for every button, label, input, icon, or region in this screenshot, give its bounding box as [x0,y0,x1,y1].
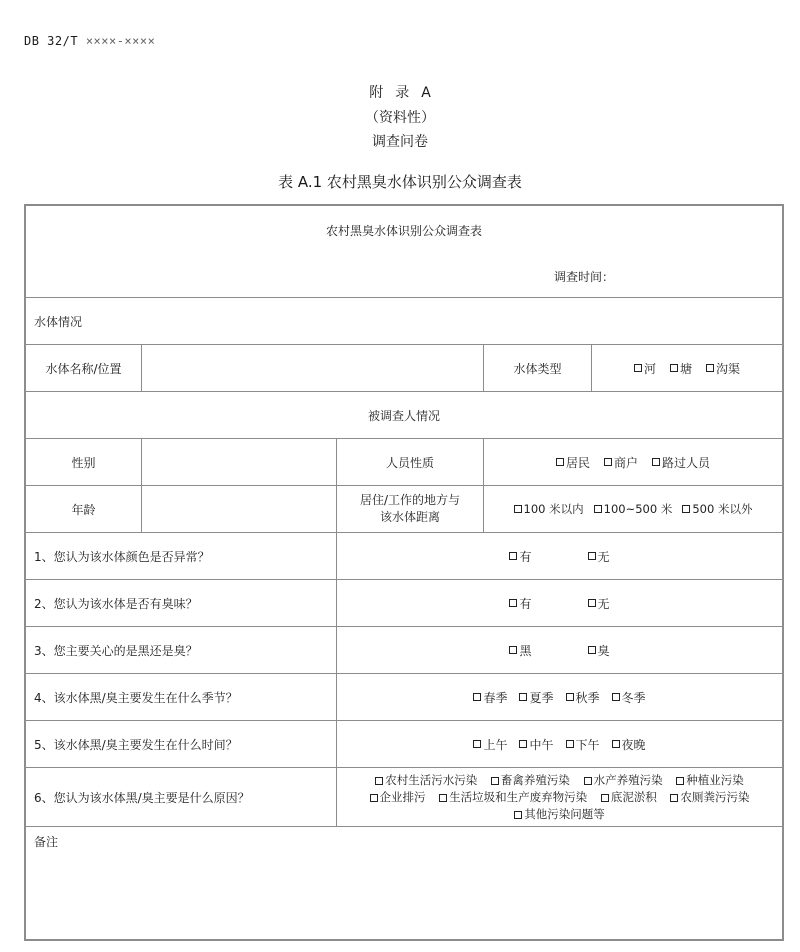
water-type-option-pond[interactable]: 塘 [670,360,692,377]
water-section-row: 水体情况 [26,298,782,345]
checkbox-icon[interactable] [612,740,620,748]
checkbox-icon[interactable] [634,364,642,372]
checkbox-icon[interactable] [566,740,574,748]
option-spring[interactable]: 春季 [473,689,507,706]
distance-options: 100 米以内 100~500 米 500 米以外 [484,486,782,532]
respondent-section-row: 被调查人情况 [26,392,782,439]
checkbox-icon[interactable] [588,552,596,560]
water-type-option-ditch[interactable]: 沟渠 [706,360,740,377]
survey-time-label: 调查时间： [554,270,614,284]
question-row: 2、您认为该水体是否有臭味？ 有 无 [26,580,782,627]
age-label: 年龄 [26,486,142,532]
option-planting[interactable]: 种植业污染 [676,773,744,787]
gender-row: 性别 人员性质 居民 商户 路过人员 [26,439,782,486]
checkbox-icon[interactable] [509,599,517,607]
distance-option-beyond-500m[interactable]: 500 米以外 [682,501,752,517]
option-afternoon[interactable]: 下午 [566,736,600,753]
person-type-option-passerby[interactable]: 路过人员 [652,454,710,471]
notes-row: 备注 [26,827,782,939]
survey-form-table: 农村黑臭水体识别公众调查表 调查时间： 水体情况 水体名称/位置 水体类型 河 … [24,204,784,941]
checkbox-icon[interactable] [519,740,527,748]
checkbox-icon[interactable] [519,693,527,701]
option-aquaculture[interactable]: 水产养殖污染 [584,773,663,787]
checkbox-icon[interactable] [514,505,522,513]
appendix-heading: 附录A [0,82,800,102]
notes-field[interactable]: 备注 [26,827,782,939]
question-options: 上午 中午 下午 夜晚 [337,721,782,767]
checkbox-icon[interactable] [473,740,481,748]
checkbox-icon[interactable] [682,505,690,513]
question-options: 春季 夏季 秋季 冬季 [337,674,782,720]
checkbox-icon[interactable] [594,505,602,513]
gender-input[interactable] [142,439,337,485]
question-label: 5、该水体黑/臭主要发生在什么时间？ [26,721,337,767]
option-yes[interactable]: 有 [509,548,531,565]
checkbox-icon[interactable] [652,458,660,466]
option-summer[interactable]: 夏季 [519,689,553,706]
document-code-prefix: DB 32/T [24,34,78,48]
option-garbage-waste[interactable]: 生活垃圾和生产废弃物污染 [439,790,587,804]
option-rural-sewage[interactable]: 农村生活污水污染 [375,773,477,787]
question-label: 4、该水体黑/臭主要发生在什么季节？ [26,674,337,720]
question-label: 2、您认为该水体是否有臭味？ [26,580,337,626]
water-type-option-river[interactable]: 河 [634,360,656,377]
survey-time-field[interactable]: 调查时间： [554,268,614,285]
option-winter[interactable]: 冬季 [612,689,646,706]
option-morning[interactable]: 上午 [473,736,507,753]
checkbox-icon[interactable] [509,646,517,654]
person-type-option-resident[interactable]: 居民 [556,454,590,471]
checkbox-icon[interactable] [588,599,596,607]
document-code-number: ××××-×××× [86,34,156,48]
checkbox-icon[interactable] [584,777,592,785]
question-label: 6、您认为该水体黑/臭主要是什么原因？ [26,768,337,826]
checkbox-icon[interactable] [612,693,620,701]
checkbox-icon[interactable] [601,794,609,802]
distance-option-100-500m[interactable]: 100~500 米 [594,501,673,517]
water-type-label: 水体类型 [484,345,592,391]
checkbox-icon[interactable] [556,458,564,466]
question-options: 农村生活污水污染 畜禽养殖污染 水产养殖污染 种植业污染 企业排污 生活垃圾和生… [337,768,782,826]
questionnaire-heading: 调查问卷 [0,131,800,151]
gender-label: 性别 [26,439,142,485]
option-other[interactable]: 其他污染问题等 [514,807,605,821]
water-name-label: 水体名称/位置 [26,345,142,391]
water-type-options: 河 塘 沟渠 [592,345,782,391]
distance-label: 居住/工作的地方与该水体距离 [337,486,484,532]
option-enterprise[interactable]: 企业排污 [370,790,426,804]
person-type-options: 居民 商户 路过人员 [484,439,782,485]
distance-option-within-100m[interactable]: 100 米以内 [514,501,584,517]
form-title-row: 农村黑臭水体识别公众调查表 调查时间： [26,206,782,298]
checkbox-icon[interactable] [670,364,678,372]
age-input[interactable] [142,486,337,532]
person-type-label: 人员性质 [337,439,484,485]
water-section-label: 水体情况 [26,298,782,344]
checkbox-icon[interactable] [375,777,383,785]
question-row: 6、您认为该水体黑/臭主要是什么原因？ 农村生活污水污染 畜禽养殖污染 水产养殖… [26,768,782,827]
water-info-row: 水体名称/位置 水体类型 河 塘 沟渠 [26,345,782,392]
option-toilet-waste[interactable]: 农厕粪污污染 [670,790,749,804]
option-night[interactable]: 夜晚 [612,736,646,753]
checkbox-icon[interactable] [514,811,522,819]
water-name-input[interactable] [142,345,484,391]
table-title: 表 A.1 农村黑臭水体识别公众调查表 [0,171,800,192]
question-options: 黑 臭 [337,627,782,673]
option-sediment[interactable]: 底泥淤积 [601,790,657,804]
checkbox-icon[interactable] [473,693,481,701]
option-autumn[interactable]: 秋季 [566,689,600,706]
checkbox-icon[interactable] [491,777,499,785]
checkbox-icon[interactable] [370,794,378,802]
form-name: 农村黑臭水体识别公众调查表 [26,222,782,239]
option-livestock[interactable]: 畜禽养殖污染 [491,773,570,787]
notes-label: 备注 [26,827,58,850]
checkbox-icon[interactable] [670,794,678,802]
checkbox-icon[interactable] [604,458,612,466]
document-code: DB 32/T ××××-×××× [24,34,155,48]
question-row: 5、该水体黑/臭主要发生在什么时间？ 上午 中午 下午 夜晚 [26,721,782,768]
question-options: 有 无 [337,533,782,579]
option-noon[interactable]: 中午 [519,736,553,753]
question-row: 1、您认为该水体颜色是否异常？ 有 无 [26,533,782,580]
respondent-section-label: 被调查人情况 [26,392,782,438]
checkbox-icon[interactable] [509,552,517,560]
option-no[interactable]: 无 [588,595,610,612]
person-type-option-merchant[interactable]: 商户 [604,454,638,471]
question-label: 1、您认为该水体颜色是否异常？ [26,533,337,579]
checkbox-icon[interactable] [706,364,714,372]
question-row: 4、该水体黑/臭主要发生在什么季节？ 春季 夏季 秋季 冬季 [26,674,782,721]
checkbox-icon[interactable] [588,646,596,654]
checkbox-icon[interactable] [566,693,574,701]
appendix-nature: （资料性） [0,107,800,127]
question-options: 有 无 [337,580,782,626]
option-yes[interactable]: 有 [509,595,531,612]
question-label: 3、您主要关心的是黑还是臭？ [26,627,337,673]
option-black[interactable]: 黑 [509,642,531,659]
checkbox-icon[interactable] [676,777,684,785]
checkbox-icon[interactable] [439,794,447,802]
question-row: 3、您主要关心的是黑还是臭？ 黑 臭 [26,627,782,674]
option-odor[interactable]: 臭 [588,642,610,659]
option-no[interactable]: 无 [588,548,610,565]
age-row: 年龄 居住/工作的地方与该水体距离 100 米以内 100~500 米 500 … [26,486,782,533]
